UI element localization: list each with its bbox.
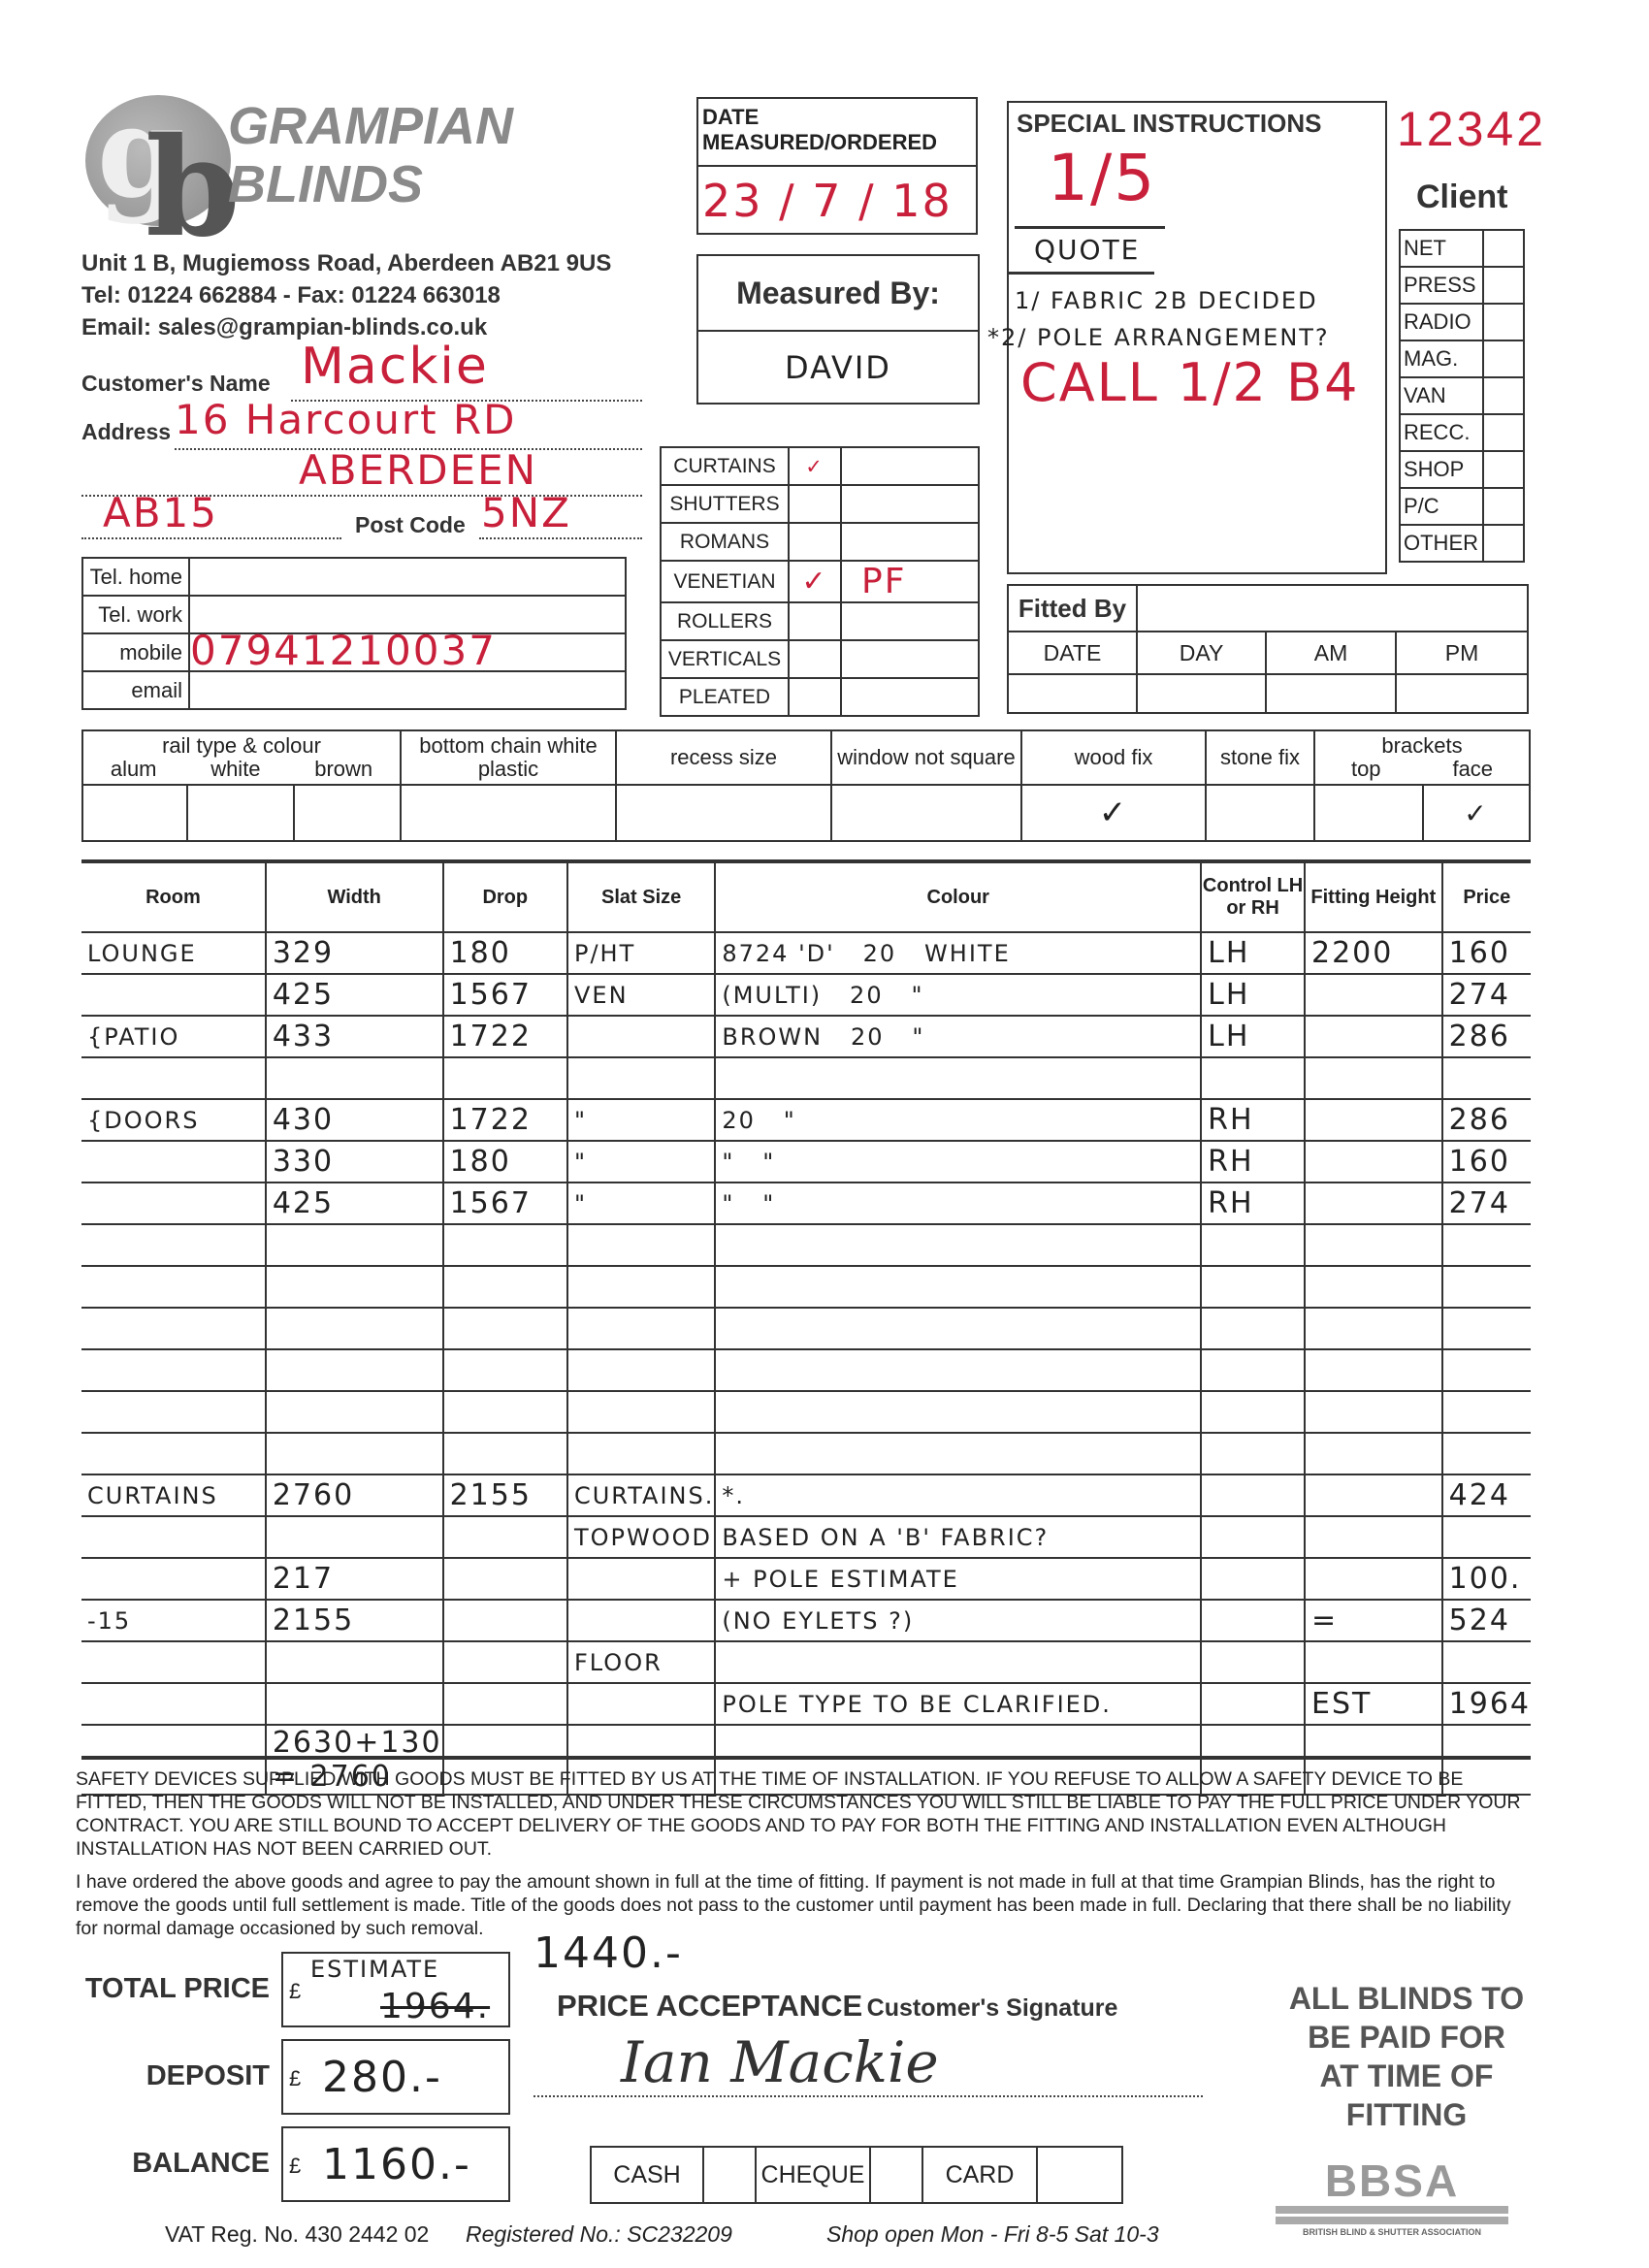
client-option-shop: SHOP (1400, 451, 1483, 488)
cell-width[interactable] (266, 1641, 443, 1683)
price-acceptance-label: PRICE ACCEPTANCE Customer's Signature (557, 1989, 1117, 2024)
cell-colour[interactable]: BASED ON A 'B' FABRIC? (715, 1516, 1201, 1558)
cell-slat[interactable]: " (567, 1183, 715, 1224)
payment-method-table: CASH CHEQUE CARD (590, 2146, 1123, 2204)
cell-price[interactable]: 424 (1442, 1474, 1531, 1516)
cell-height[interactable]: = (1305, 1600, 1442, 1641)
cell-control[interactable]: RH (1201, 1183, 1305, 1224)
cell-colour[interactable] (715, 1391, 1201, 1433)
tel-work-label: Tel. work (82, 596, 189, 633)
address-line2-value: ABERDEEN (299, 446, 537, 494)
header-slat-size: Slat Size (567, 862, 715, 932)
cell-colour[interactable] (715, 1308, 1201, 1349)
cell-control[interactable] (1201, 1266, 1305, 1308)
cell-control[interactable] (1201, 1641, 1305, 1683)
cell-width[interactable]: 2155 (266, 1600, 443, 1641)
cell-colour[interactable]: " " (715, 1183, 1201, 1224)
cell-slat[interactable]: TOPWOOD (567, 1516, 715, 1558)
bbsa-logo-bar (1276, 2206, 1508, 2214)
cell-control[interactable] (1201, 1349, 1305, 1391)
cell-height[interactable] (1305, 974, 1442, 1016)
cell-price[interactable]: 274 (1442, 1183, 1531, 1224)
client-checkbox-mag[interactable] (1483, 340, 1524, 377)
client-source-table: NET PRESS RADIO MAG. VAN RECC. SHOP P/C … (1399, 229, 1525, 563)
fitted-pm-field[interactable] (1396, 674, 1528, 713)
cell-width[interactable]: 329 (266, 932, 443, 974)
fitted-by-table: Fitted By DATE DAY AM PM (1007, 584, 1529, 714)
product-check-venetian[interactable]: ✓ (789, 561, 841, 602)
client-checkbox-recc[interactable] (1483, 414, 1524, 451)
product-note-venetian[interactable]: PF (841, 561, 979, 602)
cell-control[interactable] (1201, 1474, 1305, 1516)
cell-height[interactable] (1305, 1141, 1442, 1183)
stone-fix-field[interactable] (1206, 785, 1314, 841)
cell-slat[interactable] (567, 1308, 715, 1349)
cell-width[interactable]: 330 (266, 1141, 443, 1183)
notice-line-4: FITTING (1242, 2095, 1571, 2134)
date-value[interactable]: 23 / 7 / 18 (698, 167, 976, 235)
cell-slat[interactable]: VEN (567, 974, 715, 1016)
client-checkbox-other[interactable] (1483, 525, 1524, 562)
rail-brown-field[interactable] (294, 785, 401, 841)
deposit-field[interactable]: £ 280.- (281, 2039, 510, 2115)
rail-type-label: rail type & colour (83, 734, 400, 758)
client-checkbox-net[interactable] (1483, 230, 1524, 267)
cell-control[interactable] (1201, 1308, 1305, 1349)
cell-width[interactable] (266, 1057, 443, 1099)
client-checkbox-van[interactable] (1483, 377, 1524, 414)
cell-price[interactable] (1442, 1057, 1531, 1099)
cell-width[interactable] (266, 1516, 443, 1558)
address-line3-value: AB15 (103, 489, 218, 536)
product-check-shutters[interactable] (789, 485, 841, 523)
cell-room[interactable]: CURTAINS (81, 1474, 266, 1516)
client-option-radio: RADIO (1400, 304, 1483, 340)
balance-label: BALANCE (76, 2148, 270, 2180)
cell-colour[interactable]: + POLE ESTIMATE (715, 1558, 1201, 1600)
cell-slat[interactable] (567, 1266, 715, 1308)
cell-slat[interactable]: FLOOR (567, 1641, 715, 1683)
cell-price[interactable] (1442, 1224, 1531, 1266)
tel-home-field[interactable] (189, 558, 626, 596)
instruction-line-3: 1/ FABRIC 2B DECIDED (1009, 282, 1385, 319)
product-check-curtains[interactable]: ✓ (789, 447, 841, 485)
header-fitting-height: Fitting Height (1305, 862, 1442, 932)
instruction-line-5: CALL 1/2 B4 (1009, 356, 1385, 410)
cell-width[interactable]: 433 (266, 1016, 443, 1057)
cell-drop[interactable] (443, 1683, 567, 1725)
cell-control[interactable] (1201, 1683, 1305, 1725)
cell-width[interactable]: 217 (266, 1558, 443, 1600)
fitted-am-header: AM (1266, 632, 1396, 674)
rail-white-field[interactable] (187, 785, 294, 841)
cell-width[interactable]: 425 (266, 974, 443, 1016)
cell-width[interactable] (266, 1391, 443, 1433)
cell-width[interactable] (266, 1266, 443, 1308)
mobile-label: mobile (82, 633, 189, 671)
email-label: email (82, 671, 189, 709)
cell-colour[interactable]: BROWN 20 " (715, 1016, 1201, 1057)
email-field[interactable] (189, 671, 626, 709)
product-type-table: CURTAINS✓ SHUTTERS ROMANS VENETIAN✓PF RO… (660, 446, 980, 717)
cell-drop[interactable] (443, 1308, 567, 1349)
cell-slat[interactable] (567, 1016, 715, 1057)
cell-colour[interactable]: 20 " (715, 1099, 1201, 1141)
cell-control[interactable]: RH (1201, 1141, 1305, 1183)
header-control: Control LH or RH (1201, 862, 1305, 932)
cell-price[interactable]: 160 (1442, 1141, 1531, 1183)
fitted-by-field[interactable] (1137, 585, 1528, 632)
customer-name-label: Customer's Name (81, 371, 271, 397)
signature-field[interactable]: Ian Mackie (533, 2047, 1203, 2097)
cell-width[interactable] (266, 1224, 443, 1266)
client-label: Client (1416, 178, 1507, 216)
balance-field[interactable]: £ 1160.- (281, 2126, 510, 2202)
address-line3-field[interactable]: AB15 (81, 495, 341, 539)
cell-height[interactable] (1305, 1558, 1442, 1600)
product-type-rollers: ROLLERS (661, 602, 789, 640)
cell-drop[interactable]: 1722 (443, 1016, 567, 1057)
payment-cheque-label: CHEQUE (756, 2147, 870, 2203)
cell-price[interactable]: 286 (1442, 1099, 1531, 1141)
table-row: POLE TYPE TO BE CLARIFIED.EST1964 (81, 1683, 1531, 1725)
cell-price[interactable] (1442, 1266, 1531, 1308)
cell-price[interactable]: 524 (1442, 1600, 1531, 1641)
cell-width[interactable] (266, 1683, 443, 1725)
client-option-recc: RECC. (1400, 414, 1483, 451)
check-mark-icon: ✓ (801, 565, 827, 599)
cell-price[interactable]: 160 (1442, 932, 1531, 974)
cell-drop[interactable]: 1567 (443, 974, 567, 1016)
cell-room[interactable] (81, 1558, 266, 1600)
cell-room[interactable] (81, 1141, 266, 1183)
address-line1-field[interactable]: 16 Harcourt RD (175, 400, 642, 450)
tel-home-label: Tel. home (82, 558, 189, 596)
cell-price[interactable] (1442, 1516, 1531, 1558)
cell-colour[interactable]: " " (715, 1141, 1201, 1183)
cell-width[interactable] (266, 1308, 443, 1349)
deposit-value: 280.- (322, 2053, 442, 2102)
cell-height[interactable] (1305, 1016, 1442, 1057)
instruction-line-4: *2/ POLE ARRANGEMENT? (987, 319, 1385, 356)
check-mark-icon: ✓ (1099, 794, 1129, 832)
fitted-day-field[interactable] (1137, 674, 1266, 713)
product-check-rollers[interactable] (789, 602, 841, 640)
product-note-shutters[interactable] (841, 485, 979, 523)
cell-price[interactable] (1442, 1349, 1531, 1391)
brackets-label: brackets (1315, 734, 1529, 758)
cell-drop[interactable] (443, 1516, 567, 1558)
cell-colour[interactable] (715, 1224, 1201, 1266)
cell-colour[interactable]: 8724 'D' 20 WHITE (715, 932, 1201, 974)
window-not-square-header: window not square (831, 730, 1021, 785)
cell-colour[interactable] (715, 1433, 1201, 1474)
cell-control[interactable]: LH (1201, 932, 1305, 974)
fitted-day-header: DAY (1137, 632, 1266, 674)
table-row: {PATIO4331722BROWN 20 "LH286 (81, 1016, 1531, 1057)
payment-card-checkbox[interactable] (1037, 2147, 1122, 2203)
cell-height[interactable] (1305, 1516, 1442, 1558)
cell-drop[interactable] (443, 1558, 567, 1600)
bottom-chain-header: bottom chain white plastic (401, 730, 616, 785)
cell-colour[interactable] (715, 1349, 1201, 1391)
cell-price[interactable]: 100. (1442, 1558, 1531, 1600)
product-note-curtains[interactable] (841, 447, 979, 485)
cell-drop[interactable] (443, 1433, 567, 1474)
postcode-value: 5NZ (481, 489, 571, 536)
cell-height[interactable]: EST (1305, 1683, 1442, 1725)
contact-table: Tel. home Tel. work mobile07941210037 em… (81, 557, 627, 710)
table-row: TOPWOODBASED ON A 'B' FABRIC? (81, 1516, 1531, 1558)
mobile-value: 07941210037 (190, 627, 497, 674)
cell-colour[interactable] (715, 1641, 1201, 1683)
payment-cheque-checkbox[interactable] (870, 2147, 922, 2203)
brackets-header: brackets top face (1314, 730, 1530, 785)
cell-height[interactable] (1305, 1641, 1442, 1683)
cell-height[interactable] (1305, 1391, 1442, 1433)
pound-symbol: £ (289, 1979, 301, 2004)
cell-slat[interactable] (567, 1224, 715, 1266)
cell-room[interactable] (81, 1224, 266, 1266)
payment-notice: ALL BLINDS TO BE PAID FOR AT TIME OF FIT… (1242, 1979, 1571, 2134)
brackets-top-field[interactable] (1314, 785, 1423, 841)
window-not-square-field[interactable] (831, 785, 1021, 841)
fitted-date-header: DATE (1008, 632, 1137, 674)
client-option-mag: MAG. (1400, 340, 1483, 377)
cell-drop[interactable] (443, 1224, 567, 1266)
cell-width[interactable] (266, 1349, 443, 1391)
cell-drop[interactable]: 1567 (443, 1183, 567, 1224)
total-price-field[interactable]: £ ESTIMATE 1964. (281, 1952, 510, 2027)
payment-agreement: I have ordered the above goods and agree… (76, 1870, 1531, 1940)
product-type-shutters: SHUTTERS (661, 485, 789, 523)
cell-slat[interactable]: " (567, 1099, 715, 1141)
cell-room[interactable] (81, 1057, 266, 1099)
cell-colour[interactable]: POLE TYPE TO BE CLARIFIED. (715, 1683, 1201, 1725)
cell-room[interactable] (81, 1391, 266, 1433)
cell-slat[interactable] (567, 1600, 715, 1641)
cell-height[interactable] (1305, 1057, 1442, 1099)
registered-number: Registered No.: SC232209 (466, 2221, 732, 2248)
cell-height[interactable] (1305, 1308, 1442, 1349)
cell-control[interactable] (1201, 1600, 1305, 1641)
cell-slat[interactable] (567, 1683, 715, 1725)
terms-section: SAFETY DEVICES SUPPLIED WITH GOODS MUST … (76, 1767, 1531, 1950)
notice-line-2: BE PAID FOR (1242, 2018, 1571, 2057)
special-instructions-box: SPECIAL INSTRUCTIONS 1/5 QUOTE 1/ FABRIC… (1007, 101, 1387, 574)
cell-width[interactable]: 425 (266, 1183, 443, 1224)
cell-room[interactable] (81, 1308, 266, 1349)
cell-room[interactable]: {PATIO (81, 1016, 266, 1057)
wood-fix-header: wood fix (1021, 730, 1206, 785)
table-row: FLOOR (81, 1641, 1531, 1683)
cell-room[interactable]: -15 (81, 1600, 266, 1641)
cell-colour[interactable]: (MULTI) 20 " (715, 974, 1201, 1016)
table-row (81, 1433, 1531, 1474)
brackets-face-label: face (1452, 758, 1493, 781)
cell-height[interactable] (1305, 1266, 1442, 1308)
cell-room[interactable] (81, 974, 266, 1016)
rail-brown-label: brown (314, 758, 372, 781)
shop-hours: Shop open Mon - Fri 8-5 Sat 10-3 (826, 2221, 1159, 2248)
cell-price[interactable] (1442, 1391, 1531, 1433)
cell-control[interactable] (1201, 1558, 1305, 1600)
cell-control[interactable] (1201, 1516, 1305, 1558)
signature-value: Ian Mackie (621, 2029, 939, 2095)
cell-control[interactable] (1201, 1224, 1305, 1266)
measured-by-value[interactable]: DAVID (698, 332, 978, 404)
brackets-face-field[interactable]: ✓ (1423, 785, 1530, 841)
cell-price[interactable] (1442, 1641, 1531, 1683)
cell-control[interactable] (1201, 1433, 1305, 1474)
cell-height[interactable]: 2200 (1305, 932, 1442, 974)
cell-room[interactable] (81, 1349, 266, 1391)
customer-name-field[interactable]: Mackie (291, 349, 642, 402)
cell-price[interactable] (1442, 1308, 1531, 1349)
instruction-line-2: QUOTE (1009, 229, 1385, 272)
postcode-field[interactable]: 5NZ (479, 495, 642, 539)
product-check-pleated[interactable] (789, 678, 841, 716)
postcode-label: Post Code (355, 512, 466, 538)
cell-drop[interactable] (443, 1349, 567, 1391)
cell-control[interactable]: RH (1201, 1099, 1305, 1141)
table-row: LOUNGE329180P/HT8724 'D' 20 WHITELH22001… (81, 932, 1531, 974)
cell-drop[interactable] (443, 1641, 567, 1683)
cell-drop[interactable]: 2155 (443, 1474, 567, 1516)
cell-slat[interactable]: CURTAINS. (567, 1474, 715, 1516)
cell-control[interactable]: LH (1201, 1016, 1305, 1057)
cell-height[interactable] (1305, 1433, 1442, 1474)
cell-slat[interactable] (567, 1057, 715, 1099)
cell-room[interactable] (81, 1183, 266, 1224)
client-checkbox-press[interactable] (1483, 267, 1524, 304)
balance-value: 1160.- (322, 2140, 471, 2189)
table-row (81, 1391, 1531, 1433)
cell-height[interactable] (1305, 1474, 1442, 1516)
pound-symbol: £ (289, 2154, 301, 2179)
cell-room[interactable]: LOUNGE (81, 932, 266, 974)
cell-colour[interactable]: *. (715, 1474, 1201, 1516)
client-checkbox-radio[interactable] (1483, 304, 1524, 340)
fitted-date-field[interactable] (1008, 674, 1137, 713)
product-note-romans[interactable] (841, 523, 979, 561)
fitted-by-label: Fitted By (1008, 585, 1137, 632)
cell-slat[interactable] (567, 1391, 715, 1433)
cell-height[interactable] (1305, 1099, 1442, 1141)
divider (81, 1756, 1531, 1760)
product-check-verticals[interactable] (789, 640, 841, 678)
check-mark-icon: ✓ (1464, 797, 1488, 829)
cell-height[interactable] (1305, 1183, 1442, 1224)
product-note-verticals[interactable] (841, 640, 979, 678)
check-mark-icon: ✓ (805, 455, 824, 478)
cell-colour[interactable] (715, 1057, 1201, 1099)
vat-number: VAT Reg. No. 430 2442 02 (165, 2221, 429, 2248)
total-price-value: 1964. (380, 1987, 490, 2026)
cell-room[interactable]: {DOORS (81, 1099, 266, 1141)
special-instructions-label: SPECIAL INSTRUCTIONS (1009, 103, 1385, 145)
cell-slat[interactable]: P/HT (567, 932, 715, 974)
product-type-venetian: VENETIAN (661, 561, 789, 602)
product-type-verticals: VERTICALS (661, 640, 789, 678)
cell-width[interactable] (266, 1433, 443, 1474)
cell-slat[interactable] (567, 1433, 715, 1474)
cell-price[interactable]: 274 (1442, 974, 1531, 1016)
cell-room[interactable] (81, 1641, 266, 1683)
order-number: 12342 (1397, 101, 1546, 157)
cell-drop[interactable] (443, 1600, 567, 1641)
brackets-top-label: top (1351, 758, 1381, 781)
product-note-pleated[interactable] (841, 678, 979, 716)
cell-slat[interactable] (567, 1349, 715, 1391)
table-row: 330180"" "RH160 (81, 1141, 1531, 1183)
cell-drop[interactable]: 180 (443, 1141, 567, 1183)
company-address: Unit 1 B, Mugiemoss Road, Aberdeen AB21 … (81, 247, 611, 279)
logo-b-glyph: b (145, 109, 241, 268)
cell-room[interactable] (81, 1683, 266, 1725)
cell-room[interactable] (81, 1433, 266, 1474)
cell-slat[interactable]: " (567, 1141, 715, 1183)
cell-drop[interactable]: 180 (443, 932, 567, 974)
client-checkbox-pc[interactable] (1483, 488, 1524, 525)
cell-price[interactable]: 1964 (1442, 1683, 1531, 1725)
rail-alum-field[interactable] (82, 785, 187, 841)
cell-width[interactable]: 430 (266, 1099, 443, 1141)
cell-price[interactable]: 286 (1442, 1016, 1531, 1057)
product-note-rollers[interactable] (841, 602, 979, 640)
table-row: CURTAINS27602155CURTAINS.*.424 (81, 1474, 1531, 1516)
cell-price[interactable] (1442, 1433, 1531, 1474)
logo-line2: BLINDS (228, 155, 513, 213)
cell-control[interactable] (1201, 1391, 1305, 1433)
wood-fix-field[interactable]: ✓ (1021, 785, 1206, 841)
cell-height[interactable] (1305, 1349, 1442, 1391)
table-row: 4251567"" "RH274 (81, 1183, 1531, 1224)
cell-control[interactable] (1201, 1057, 1305, 1099)
fitted-am-field[interactable] (1266, 674, 1396, 713)
cell-drop[interactable] (443, 1057, 567, 1099)
recess-size-field[interactable] (616, 785, 831, 841)
cell-slat[interactable] (567, 1558, 715, 1600)
fitted-pm-header: PM (1396, 632, 1528, 674)
client-checkbox-shop[interactable] (1483, 451, 1524, 488)
cell-control[interactable]: LH (1201, 974, 1305, 1016)
mobile-field[interactable]: 07941210037 (189, 633, 626, 671)
revised-total-value: 1440.- (533, 1928, 683, 1978)
customer-name-value: Mackie (301, 338, 489, 396)
bottom-chain-field[interactable] (401, 785, 616, 841)
cell-drop[interactable] (443, 1391, 567, 1433)
measurements-table: Room Width Drop Slat Size Colour Control… (81, 861, 1531, 1796)
cell-drop[interactable]: 1722 (443, 1099, 567, 1141)
cell-width[interactable]: 2760 (266, 1474, 443, 1516)
date-label-line1: DATE (702, 105, 972, 130)
cell-room[interactable] (81, 1516, 266, 1558)
cell-colour[interactable]: (NO EYLETS ?) (715, 1600, 1201, 1641)
address-label: Address (81, 419, 171, 445)
cell-drop[interactable] (443, 1266, 567, 1308)
table-row (81, 1266, 1531, 1308)
payment-cash-checkbox[interactable] (703, 2147, 756, 2203)
company-info: Unit 1 B, Mugiemoss Road, Aberdeen AB21 … (81, 247, 611, 343)
total-price-label: TOTAL PRICE (76, 1973, 270, 2005)
product-check-romans[interactable] (789, 523, 841, 561)
cell-colour[interactable] (715, 1266, 1201, 1308)
cell-room[interactable] (81, 1266, 266, 1308)
cell-height[interactable] (1305, 1224, 1442, 1266)
price-acceptance-bold: PRICE ACCEPTANCE (557, 1989, 862, 2023)
header-price: Price (1442, 862, 1531, 932)
